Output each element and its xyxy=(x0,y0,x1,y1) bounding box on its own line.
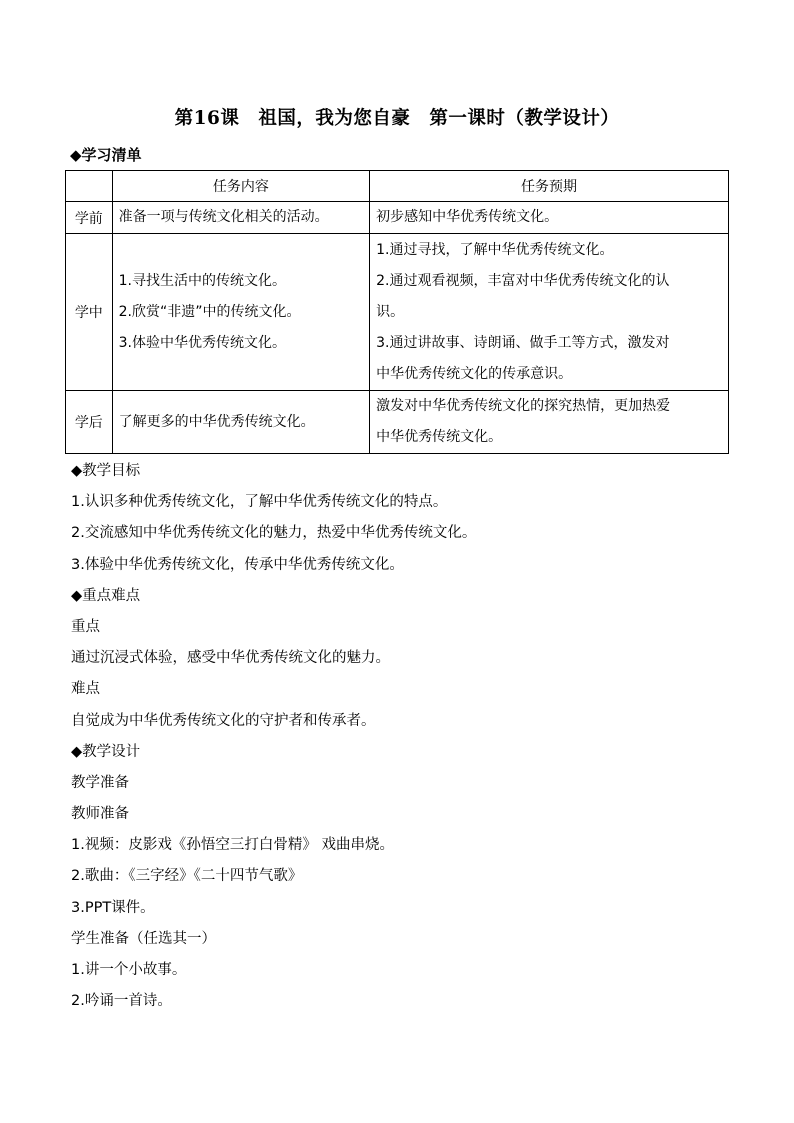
cell-line: 激发对中华优秀传统文化的探究热情，更加热爱 xyxy=(376,391,722,422)
content-cell: 准备一项与传统文化相关的活动。 xyxy=(112,202,369,234)
subheading-key-point: 重点 xyxy=(71,612,731,643)
document-title: 第16课 祖国，我为您自豪 第一课时（教学设计） xyxy=(0,104,794,130)
cell-line: 2.通过观看视频，丰富对中华优秀传统文化的认 xyxy=(376,266,722,297)
cell-line: 中华优秀传统文化的传承意识。 xyxy=(376,359,722,390)
cell-line: 识。 xyxy=(376,297,722,328)
cell-line: 中华优秀传统文化。 xyxy=(376,422,722,453)
header-cell-content: 任务内容 xyxy=(112,171,369,202)
cell-line: 3.体验中华优秀传统文化。 xyxy=(119,328,363,359)
expectation-cell: 初步感知中华优秀传统文化。 xyxy=(370,202,729,234)
paragraph: 通过沉浸式体验，感受中华优秀传统文化的魅力。 xyxy=(71,643,731,674)
list-item: 1.视频：皮影戏《孙悟空三打白骨精》 戏曲串烧。 xyxy=(71,830,731,861)
expectation-cell: 1.通过寻找，了解中华优秀传统文化。 2.通过观看视频，丰富对中华优秀传统文化的… xyxy=(370,234,729,391)
cell-line: 准备一项与传统文化相关的活动。 xyxy=(119,202,363,233)
objective-item: 3.体验中华优秀传统文化，传承中华优秀传统文化。 xyxy=(71,550,731,581)
subheading-difficulty: 难点 xyxy=(71,674,731,705)
section-heading-study-list: ◆学习清单 xyxy=(70,144,142,165)
table-row: 学后 了解更多的中华优秀传统文化。 激发对中华优秀传统文化的探究热情，更加热爱 … xyxy=(66,391,729,454)
cell-line: 1.通过寻找，了解中华优秀传统文化。 xyxy=(376,235,722,266)
content-cell: 了解更多的中华优秀传统文化。 xyxy=(112,391,369,454)
cell-line: 初步感知中华优秀传统文化。 xyxy=(376,202,722,233)
content-cell: 1.寻找生活中的传统文化。 2.欣赏“非遗”中的传统文化。 3.体验中华优秀传统… xyxy=(112,234,369,391)
subheading-student-prep: 学生准备（任选其一） xyxy=(71,924,731,955)
section-heading-key-points: ◆重点难点 xyxy=(71,581,731,612)
stage-cell: 学后 xyxy=(66,391,113,454)
list-item: 2.歌曲：《三字经》《二十四节气歌》 xyxy=(71,861,731,892)
list-item: 3.PPT课件。 xyxy=(71,893,731,924)
table-header-row: 任务内容 任务预期 xyxy=(66,171,729,202)
table-row: 学中 1.寻找生活中的传统文化。 2.欣赏“非遗”中的传统文化。 3.体验中华优… xyxy=(66,234,729,391)
cell-line: 了解更多的中华优秀传统文化。 xyxy=(119,407,363,438)
header-cell-stage xyxy=(66,171,113,202)
table-row: 学前 准备一项与传统文化相关的活动。 初步感知中华优秀传统文化。 xyxy=(66,202,729,234)
objective-item: 2.交流感知中华优秀传统文化的魅力，热爱中华优秀传统文化。 xyxy=(71,518,731,549)
cell-line: 1.寻找生活中的传统文化。 xyxy=(119,266,363,297)
expectation-cell: 激发对中华优秀传统文化的探究热情，更加热爱 中华优秀传统文化。 xyxy=(370,391,729,454)
document-body: ◆教学目标 1.认识多种优秀传统文化，了解中华优秀传统文化的特点。 2.交流感知… xyxy=(71,456,731,1017)
section-heading-design: ◆教学设计 xyxy=(71,737,731,768)
cell-line: 2.欣赏“非遗”中的传统文化。 xyxy=(119,297,363,328)
subheading-preparation: 教学准备 xyxy=(71,768,731,799)
list-item: 2.吟诵一首诗。 xyxy=(71,986,731,1017)
list-item: 1.讲一个小故事。 xyxy=(71,955,731,986)
header-cell-expectation: 任务预期 xyxy=(370,171,729,202)
objective-item: 1.认识多种优秀传统文化，了解中华优秀传统文化的特点。 xyxy=(71,487,731,518)
cell-line: 3.通过讲故事、诗朗诵、做手工等方式，激发对 xyxy=(376,328,722,359)
study-list-table: 任务内容 任务预期 学前 准备一项与传统文化相关的活动。 初步感知中华优秀传统文… xyxy=(65,170,729,454)
section-heading-objectives: ◆教学目标 xyxy=(71,456,731,487)
paragraph: 自觉成为中华优秀传统文化的守护者和传承者。 xyxy=(71,706,731,737)
subheading-teacher-prep: 教师准备 xyxy=(71,799,731,830)
stage-cell: 学前 xyxy=(66,202,113,234)
stage-cell: 学中 xyxy=(66,234,113,391)
